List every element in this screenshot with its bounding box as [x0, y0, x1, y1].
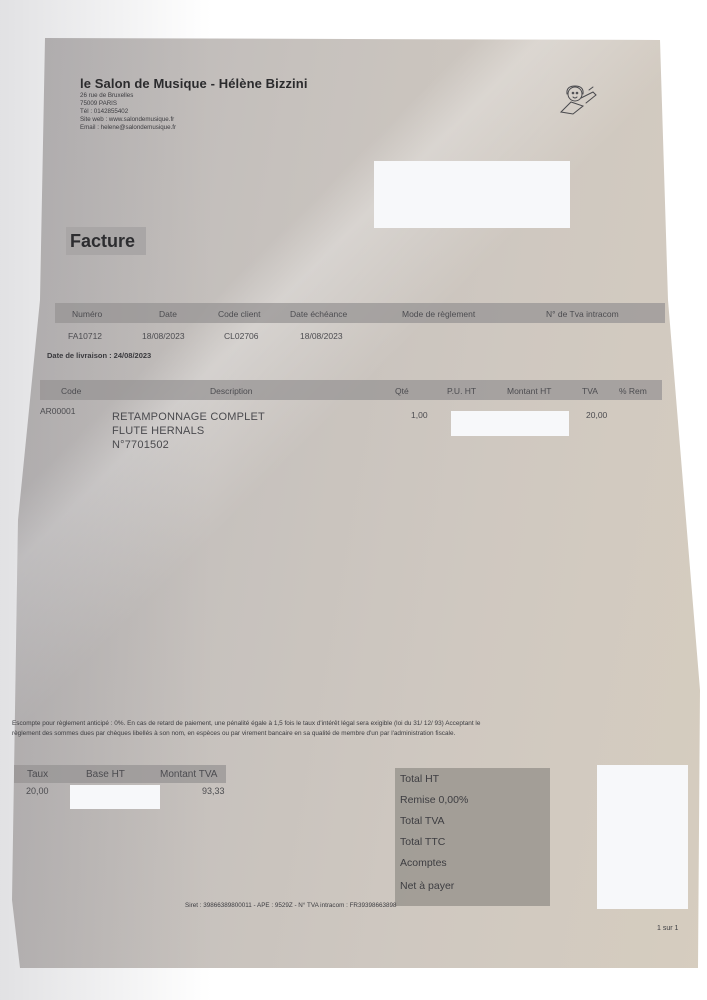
line-code: AR00001: [40, 406, 75, 416]
legal-line-2: règlement des sommes dues par chèques li…: [12, 729, 702, 739]
vat-rate: 20,00: [26, 786, 49, 796]
col-description: Description: [210, 386, 253, 396]
acomptes-label: Acomptes: [400, 857, 447, 869]
redacted-base-ht: [70, 785, 160, 809]
col-montant-tva: Montant TVA: [160, 769, 217, 780]
address-line-2: 75009 PARIS: [80, 100, 176, 108]
col-numero: Numéro: [72, 309, 102, 319]
company-address: 26 rue de Bruxelles 75009 PARIS Tél : 01…: [80, 92, 176, 132]
net-a-payer-label: Net à payer: [400, 880, 454, 892]
description-line-2: FLUTE HERNALS: [112, 424, 265, 438]
col-date: Date: [159, 309, 177, 319]
total-tva-label: Total TVA: [400, 815, 445, 827]
lines-header-bar: [40, 380, 662, 400]
musician-sketch-icon: [553, 80, 603, 120]
redacted-totals-values: [597, 765, 688, 909]
col-tva-intracom: N° de Tva intracom: [546, 309, 619, 319]
company-name: le Salon de Musique - Hélène Bizzini: [80, 76, 308, 91]
client-code: CL02706: [224, 331, 259, 341]
page-number: 1 sur 1: [657, 925, 678, 932]
company-phone: Tél : 0142855402: [80, 108, 176, 116]
company-website: Site web : www.salondemusique.fr: [80, 116, 176, 124]
description-line-3: N°7701502: [112, 438, 265, 452]
line-tva: 20,00: [586, 410, 607, 420]
document-title: Facture: [66, 227, 146, 255]
total-ttc-label: Total TTC: [400, 836, 445, 848]
company-email: Email : helene@salondemusique.fr: [80, 124, 176, 132]
delivery-date: Date de livraison : 24/08/2023: [47, 351, 151, 360]
col-taux: Taux: [27, 769, 48, 780]
col-remise: % Rem: [619, 386, 647, 396]
legal-line-1: Escompte pour règlement anticipé : 0%. E…: [12, 719, 702, 729]
col-base-ht: Base HT: [86, 769, 125, 780]
invoice-number: FA10712: [68, 331, 102, 341]
col-pu-ht: P.U. HT: [447, 386, 476, 396]
remise-label: Remise 0,00%: [400, 794, 468, 806]
address-line-1: 26 rue de Bruxelles: [80, 92, 176, 100]
due-date: 18/08/2023: [300, 331, 343, 341]
col-tva: TVA: [582, 386, 598, 396]
legal-terms: Escompte pour règlement anticipé : 0%. E…: [12, 719, 702, 739]
col-montant-ht: Montant HT: [507, 386, 551, 396]
col-date-echeance: Date échéance: [290, 309, 347, 319]
description-line-1: RETAMPONNAGE COMPLET: [112, 410, 265, 424]
col-code: Code: [61, 386, 81, 396]
col-mode-reglement: Mode de règlement: [402, 309, 475, 319]
line-qty: 1,00: [411, 410, 428, 420]
redacted-line-amounts: [451, 411, 569, 436]
col-qty: Qté: [395, 386, 409, 396]
invoice-date: 18/08/2023: [142, 331, 185, 341]
vat-amount: 93,33: [202, 786, 225, 796]
total-ht-label: Total HT: [400, 773, 439, 785]
line-description: RETAMPONNAGE COMPLET FLUTE HERNALS N°770…: [112, 410, 265, 452]
siret-line: Siret : 39866389800011 - APE : 9529Z - N…: [185, 902, 397, 909]
col-code-client: Code client: [218, 309, 261, 319]
redacted-client-address: [374, 161, 570, 228]
